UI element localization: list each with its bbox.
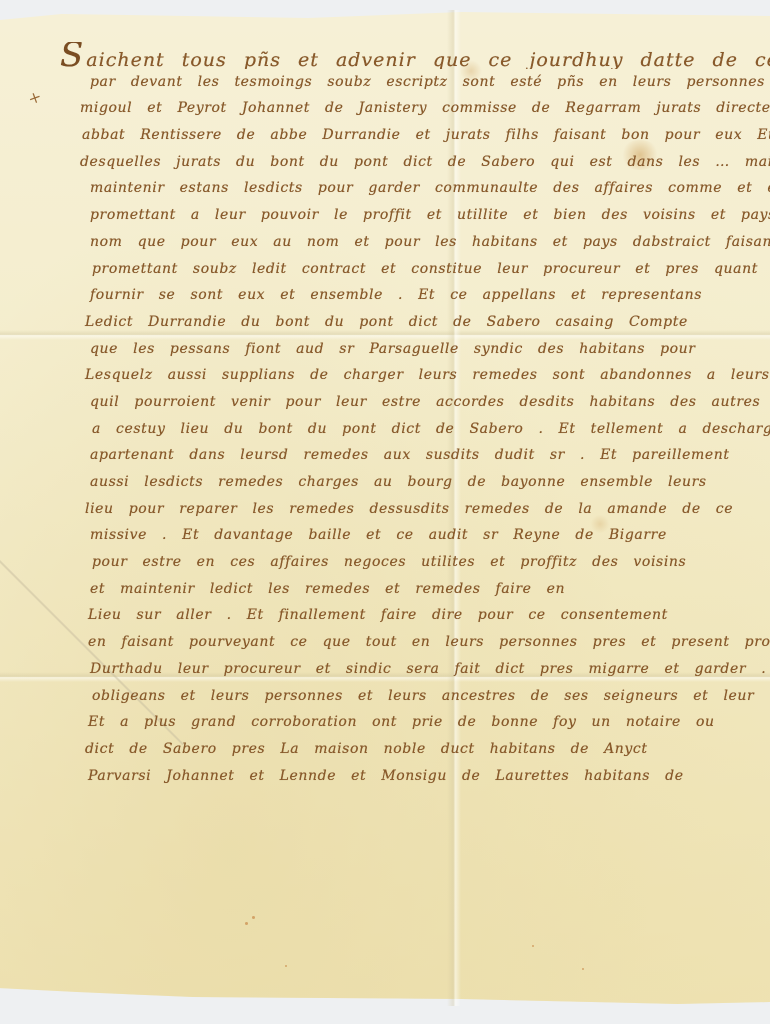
text-line: lieu pour reparer les remedes dessusdits… (60, 496, 770, 523)
text-line: Lesquelz aussi supplians de charger leur… (60, 362, 770, 389)
text-line: dict de Sabero pres La maison noble duct… (60, 736, 770, 763)
text-line: Et a plus grand corroboration ont prie d… (60, 709, 770, 736)
text-line: missive . Et davantage baille et ce audi… (60, 522, 770, 549)
text-line: et maintenir ledict les remedes et remed… (60, 576, 770, 603)
text-line: en faisant pourveyant ce que tout en leu… (60, 629, 770, 656)
text-line: a cestuy lieu du bont du pont dict de Sa… (60, 416, 770, 443)
text-line: pour estre en ces affaires negoces utili… (60, 549, 770, 576)
text-line: par devant les tesmoings soubz escriptz … (60, 69, 770, 96)
text-line: Durthadu leur procureur et sindic sera f… (60, 656, 770, 683)
decorated-initial: S (60, 42, 84, 69)
text-line: que les pessans fiont aud sr Parsaguelle… (60, 336, 770, 363)
text-line: migoul et Peyrot Johannet de Janistery c… (60, 95, 770, 122)
text-line: nom que pour eux au nom et pour les habi… (60, 229, 770, 256)
text-line: fournir se sont eux et ensemble . Et ce … (60, 282, 770, 309)
text-line: Lieu sur aller . Et finallement faire di… (60, 602, 770, 629)
text-line: promettant soubz ledit contract et const… (60, 256, 770, 283)
text-line: abbat Rentissere de abbe Durrandie et ju… (60, 122, 770, 149)
foxing-spot (252, 916, 255, 919)
foxing-spot (582, 968, 584, 970)
text-line: Saichent tous pñs et advenir que ce jour… (60, 42, 770, 69)
text-line: apartenant dans leursd remedes aux susdi… (60, 442, 770, 469)
text-line: maintenir estans lesdicts pour garder co… (60, 175, 770, 202)
text-line: desquelles jurats du bont du pont dict d… (60, 149, 770, 176)
foxing-spot (285, 965, 287, 967)
text-line: Ledict Durrandie du bont du pont dict de… (60, 309, 770, 336)
text-line: obligeans et leurs personnes et leurs an… (60, 683, 770, 710)
foxing-spot (532, 945, 534, 947)
manuscript-text: Saichent tous pñs et advenir que ce jour… (60, 42, 770, 789)
text-line: quil pourroient venir pour leur estre ac… (60, 389, 770, 416)
text-line: promettant a leur pouvoir le proffit et … (60, 202, 770, 229)
foxing-spot (245, 922, 248, 925)
text-line-last: Parvarsi Johannet et Lennde et Monsigu d… (60, 763, 770, 790)
text-line: aussi lesdicts remedes charges au bourg … (60, 469, 770, 496)
